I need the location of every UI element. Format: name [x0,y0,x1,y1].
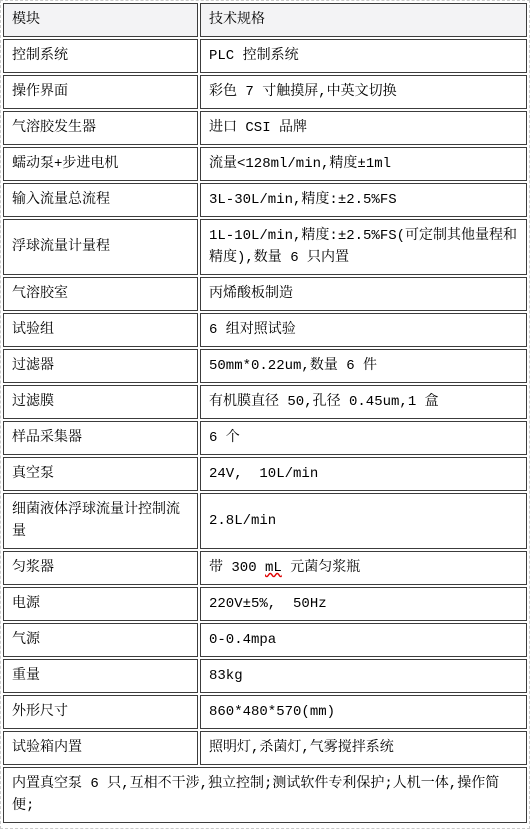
spec-cell: 860*480*570(mm) [200,695,527,729]
module-cell: 试验组 [3,313,198,347]
table-row: 外形尺寸 860*480*570(mm) [3,695,527,729]
spec-cell: 2.8L/min [200,493,527,549]
spec-cell: 83kg [200,659,527,693]
table-row: 真空泵 24V, 10L/min [3,457,527,491]
spec-cell: 50mm*0.22um,数量 6 件 [200,349,527,383]
table-row: 过滤膜 有机膜直径 50,孔径 0.45um,1 盒 [3,385,527,419]
spec-table-footer: 内置真空泵 6 只,互相不干涉,独立控制;测试软件专利保护;人机一体,操作简便; [3,767,527,823]
spec-table: 模块 技术规格 控制系统 PLC 控制系统 操作界面 彩色 7 寸触摸屏,中英文… [1,1,529,825]
module-cell: 气溶胶发生器 [3,111,198,145]
table-row: 蠕动泵+步进电机 流量<128ml/min,精度±1ml [3,147,527,181]
spec-cell: 6 组对照试验 [200,313,527,347]
spec-cell: 220V±5%, 50Hz [200,587,527,621]
module-cell: 过滤器 [3,349,198,383]
module-cell: 细菌液体浮球流量计控制流量 [3,493,198,549]
module-cell: 匀浆器 [3,551,198,585]
table-row: 过滤器 50mm*0.22um,数量 6 件 [3,349,527,383]
table-row: 试验组 6 组对照试验 [3,313,527,347]
spec-cell: 彩色 7 寸触摸屏,中英文切换 [200,75,527,109]
table-row: 气溶胶室 丙烯酸板制造 [3,277,527,311]
module-cell: 试验箱内置 [3,731,198,765]
spec-cell: 带 300 mL 元菌匀浆瓶 [200,551,527,585]
module-cell: 重量 [3,659,198,693]
table-header-row: 模块 技术规格 [3,3,527,37]
document-page: 模块 技术规格 控制系统 PLC 控制系统 操作界面 彩色 7 寸触摸屏,中英文… [0,0,530,829]
table-row: 操作界面 彩色 7 寸触摸屏,中英文切换 [3,75,527,109]
module-cell: 操作界面 [3,75,198,109]
module-cell: 真空泵 [3,457,198,491]
module-cell: 浮球流量计量程 [3,219,198,275]
spec-cell: 有机膜直径 50,孔径 0.45um,1 盒 [200,385,527,419]
spec-cell: 3L-30L/min,精度:±2.5%FS [200,183,527,217]
module-cell: 样品采集器 [3,421,198,455]
header-cell-spec: 技术规格 [200,3,527,37]
table-row: 控制系统 PLC 控制系统 [3,39,527,73]
spec-cell: 0-0.4mpa [200,623,527,657]
spec-cell: 6 个 [200,421,527,455]
spec-cell: 照明灯,杀菌灯,气雾搅拌系统 [200,731,527,765]
spec-cell: PLC 控制系统 [200,39,527,73]
module-cell: 输入流量总流程 [3,183,198,217]
spec-cell: 24V, 10L/min [200,457,527,491]
table-row: 浮球流量计量程 1L-10L/min,精度:±2.5%FS(可定制其他量程和精度… [3,219,527,275]
module-cell: 气源 [3,623,198,657]
spec-table-head: 模块 技术规格 [3,3,527,37]
table-row: 细菌液体浮球流量计控制流量 2.8L/min [3,493,527,549]
table-row: 气源 0-0.4mpa [3,623,527,657]
module-cell: 过滤膜 [3,385,198,419]
table-row: 样品采集器 6 个 [3,421,527,455]
module-cell: 蠕动泵+步进电机 [3,147,198,181]
table-row: 匀浆器 带 300 mL 元菌匀浆瓶 [3,551,527,585]
spec-cell: 进口 CSI 品牌 [200,111,527,145]
spec-cell: 流量<128ml/min,精度±1ml [200,147,527,181]
module-cell: 电源 [3,587,198,621]
table-row: 电源 220V±5%, 50Hz [3,587,527,621]
footer-note: 内置真空泵 6 只,互相不干涉,独立控制;测试软件专利保护;人机一体,操作简便; [3,767,527,823]
table-row: 输入流量总流程 3L-30L/min,精度:±2.5%FS [3,183,527,217]
spec-text: 带 300 [209,560,265,576]
table-row: 气溶胶发生器 进口 CSI 品牌 [3,111,527,145]
table-row: 试验箱内置 照明灯,杀菌灯,气雾搅拌系统 [3,731,527,765]
table-row: 重量 83kg [3,659,527,693]
spec-cell: 1L-10L/min,精度:±2.5%FS(可定制其他量程和精度),数量 6 只… [200,219,527,275]
spec-table-body: 控制系统 PLC 控制系统 操作界面 彩色 7 寸触摸屏,中英文切换 气溶胶发生… [3,39,527,765]
header-cell-module: 模块 [3,3,198,37]
spec-cell: 丙烯酸板制造 [200,277,527,311]
table-footer-row: 内置真空泵 6 只,互相不干涉,独立控制;测试软件专利保护;人机一体,操作简便; [3,767,527,823]
module-cell: 外形尺寸 [3,695,198,729]
misspelled-word: mL [265,560,282,576]
module-cell: 控制系统 [3,39,198,73]
spec-text: 元菌匀浆瓶 [282,560,360,576]
module-cell: 气溶胶室 [3,277,198,311]
